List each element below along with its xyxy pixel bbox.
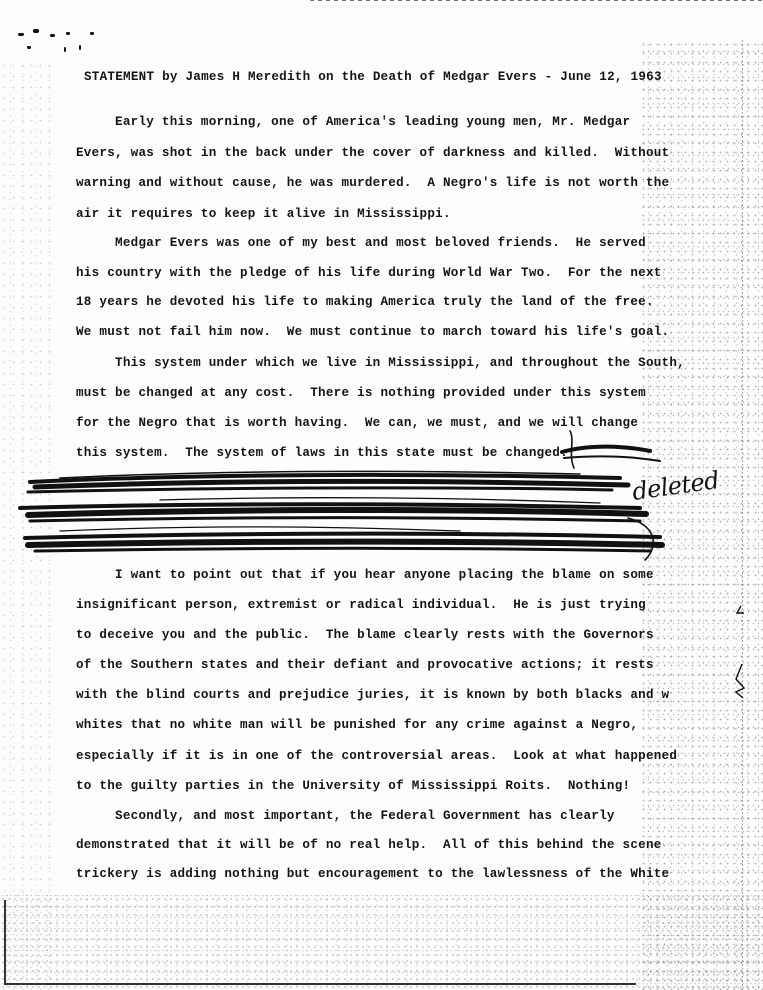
paragraph-4-line-7: especially if it is in one of the contro…	[76, 748, 677, 764]
scanned-document-page: STATEMENT by James H Meredith on the Dea…	[0, 0, 763, 990]
paragraph-2-line-4: We must not fail him now. We must contin…	[76, 324, 669, 340]
paragraph-1-line-3: warning and without cause, he was murder…	[76, 175, 669, 191]
paragraph-4-line-3: to deceive you and the public. The blame…	[76, 627, 654, 643]
paragraph-3-line-2: must be changed at any cost. There is no…	[76, 385, 646, 401]
scan-noise-bottom	[0, 895, 763, 990]
paragraph-4-line-8: to the guilty parties in the University …	[76, 778, 630, 794]
paragraph-3-line-3: for the Negro that is worth having. We c…	[76, 415, 638, 431]
paragraph-4-line-5: with the blind courts and prejudice juri…	[76, 687, 669, 703]
top-edge-dashes	[310, 0, 763, 1]
scan-noise-left	[0, 60, 55, 990]
paragraph-4-line-4: of the Southern states and their defiant…	[76, 657, 654, 673]
paragraph-5-line-2: demonstrated that it will be of no real …	[76, 837, 662, 853]
paragraph-4-line-1: I want to point out that if you hear any…	[76, 567, 654, 583]
paragraph-1-line-4: air it requires to keep it alive in Miss…	[76, 206, 451, 222]
paragraph-2-line-3: 18 years he devoted his life to making A…	[76, 294, 654, 310]
left-edge-line	[4, 900, 6, 985]
paragraph-2-line-1: Medgar Evers was one of my best and most…	[76, 235, 646, 251]
document-title: STATEMENT by James H Meredith on the Dea…	[84, 69, 662, 85]
paragraph-3-line-4: this system. The system of laws in this …	[76, 445, 568, 461]
paragraph-1-line-1: Early this morning, one of America's lea…	[76, 114, 630, 130]
scan-specks-top-left	[0, 20, 110, 60]
paragraph-2-line-2: his country with the pledge of his life …	[76, 265, 662, 281]
paragraph-1-line-2: Evers, was shot in the back under the co…	[76, 145, 669, 161]
paragraph-4-line-2: insignificant person, extremist or radic…	[76, 597, 646, 613]
paragraph-5-line-1: Secondly, and most important, the Federa…	[76, 808, 615, 824]
paragraph-3-line-1: This system under which we live in Missi…	[76, 355, 685, 371]
paragraph-4-line-6: whites that no white man will be punishe…	[76, 717, 638, 733]
bottom-edge-line	[6, 983, 636, 985]
paragraph-5-line-3: trickery is adding nothing but encourage…	[76, 866, 669, 882]
right-edge-line	[742, 40, 743, 990]
